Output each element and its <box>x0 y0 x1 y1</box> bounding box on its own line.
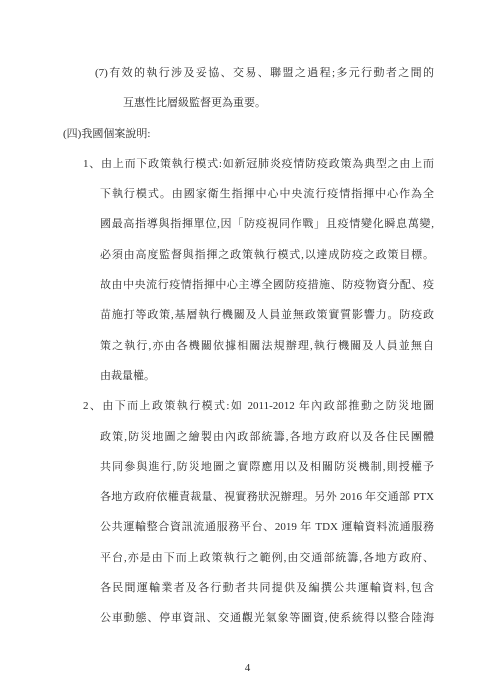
text-line: 互惠性比層級監督更為重要。 <box>63 88 434 118</box>
section-heading: (四)我國個案說明: <box>63 119 434 149</box>
text-line: 1、由上而下政策執行模式:如新冠肺炎疫情防疫政策為典型之由上而 <box>63 149 434 179</box>
text-line: 各地方政府依權責裁量、視實務狀況辦理。另外 2016 年交通部 PTX <box>63 482 434 512</box>
text-line: 公車動態、停車資訊、交通觀光氣象等圖資,使系統得以整合陸海 <box>63 603 434 633</box>
text-line: 共同參與進行,防災地圖之實際應用以及相關防災機制,則授權予 <box>63 452 434 482</box>
text-line: 苗施打等政策,基層執行機關及人員並無政策實質影響力。防疫政 <box>63 300 434 330</box>
text-line: 必須由高度監督與指揮之政策執行模式,以達成防疫之政策目標。 <box>63 240 434 270</box>
text-line: 國最高指導與指揮單位,因「防疫視同作戰」且疫情變化瞬息萬變, <box>63 209 434 239</box>
text-line: 下執行模式。由國家衛生指揮中心中央流行疫情指揮中心作為全 <box>63 179 434 209</box>
page-number: 4 <box>0 661 495 675</box>
text-line: 各民間運輸業者及各行動者共同提供及編撰公共運輸資料,包含 <box>63 573 434 603</box>
text-line: 策之執行,亦由各機關依據相關法規辦理,執行機關及人員並無自 <box>63 331 434 361</box>
document-body: (7)有效的執行涉及妥協、交易、聯盟之過程;多元行動者之間的 互惠性比層級監督更… <box>63 58 434 634</box>
text-line: 公共運輸整合資訊流通服務平台、2019 年 TDX 運輸資料流通服務 <box>63 512 434 542</box>
text-line: (7)有效的執行涉及妥協、交易、聯盟之過程;多元行動者之間的 <box>63 58 434 88</box>
text-line: 平台,亦是由下而上政策執行之範例,由交通部統籌,各地方政府、 <box>63 543 434 573</box>
text-line: 2、由下而上政策執行模式:如 2011-2012 年內政部推動之防災地圖 <box>63 391 434 421</box>
text-line: 政策,防災地圖之繪製由內政部統籌,各地方政府以及各住民團體 <box>63 422 434 452</box>
text-line: 故由中央流行疫情指揮中心主導全國防疫措施、防疫物資分配、疫 <box>63 270 434 300</box>
text-line: 由裁量權。 <box>63 361 434 391</box>
document-page: (7)有效的執行涉及妥協、交易、聯盟之過程;多元行動者之間的 互惠性比層級監督更… <box>0 0 495 700</box>
